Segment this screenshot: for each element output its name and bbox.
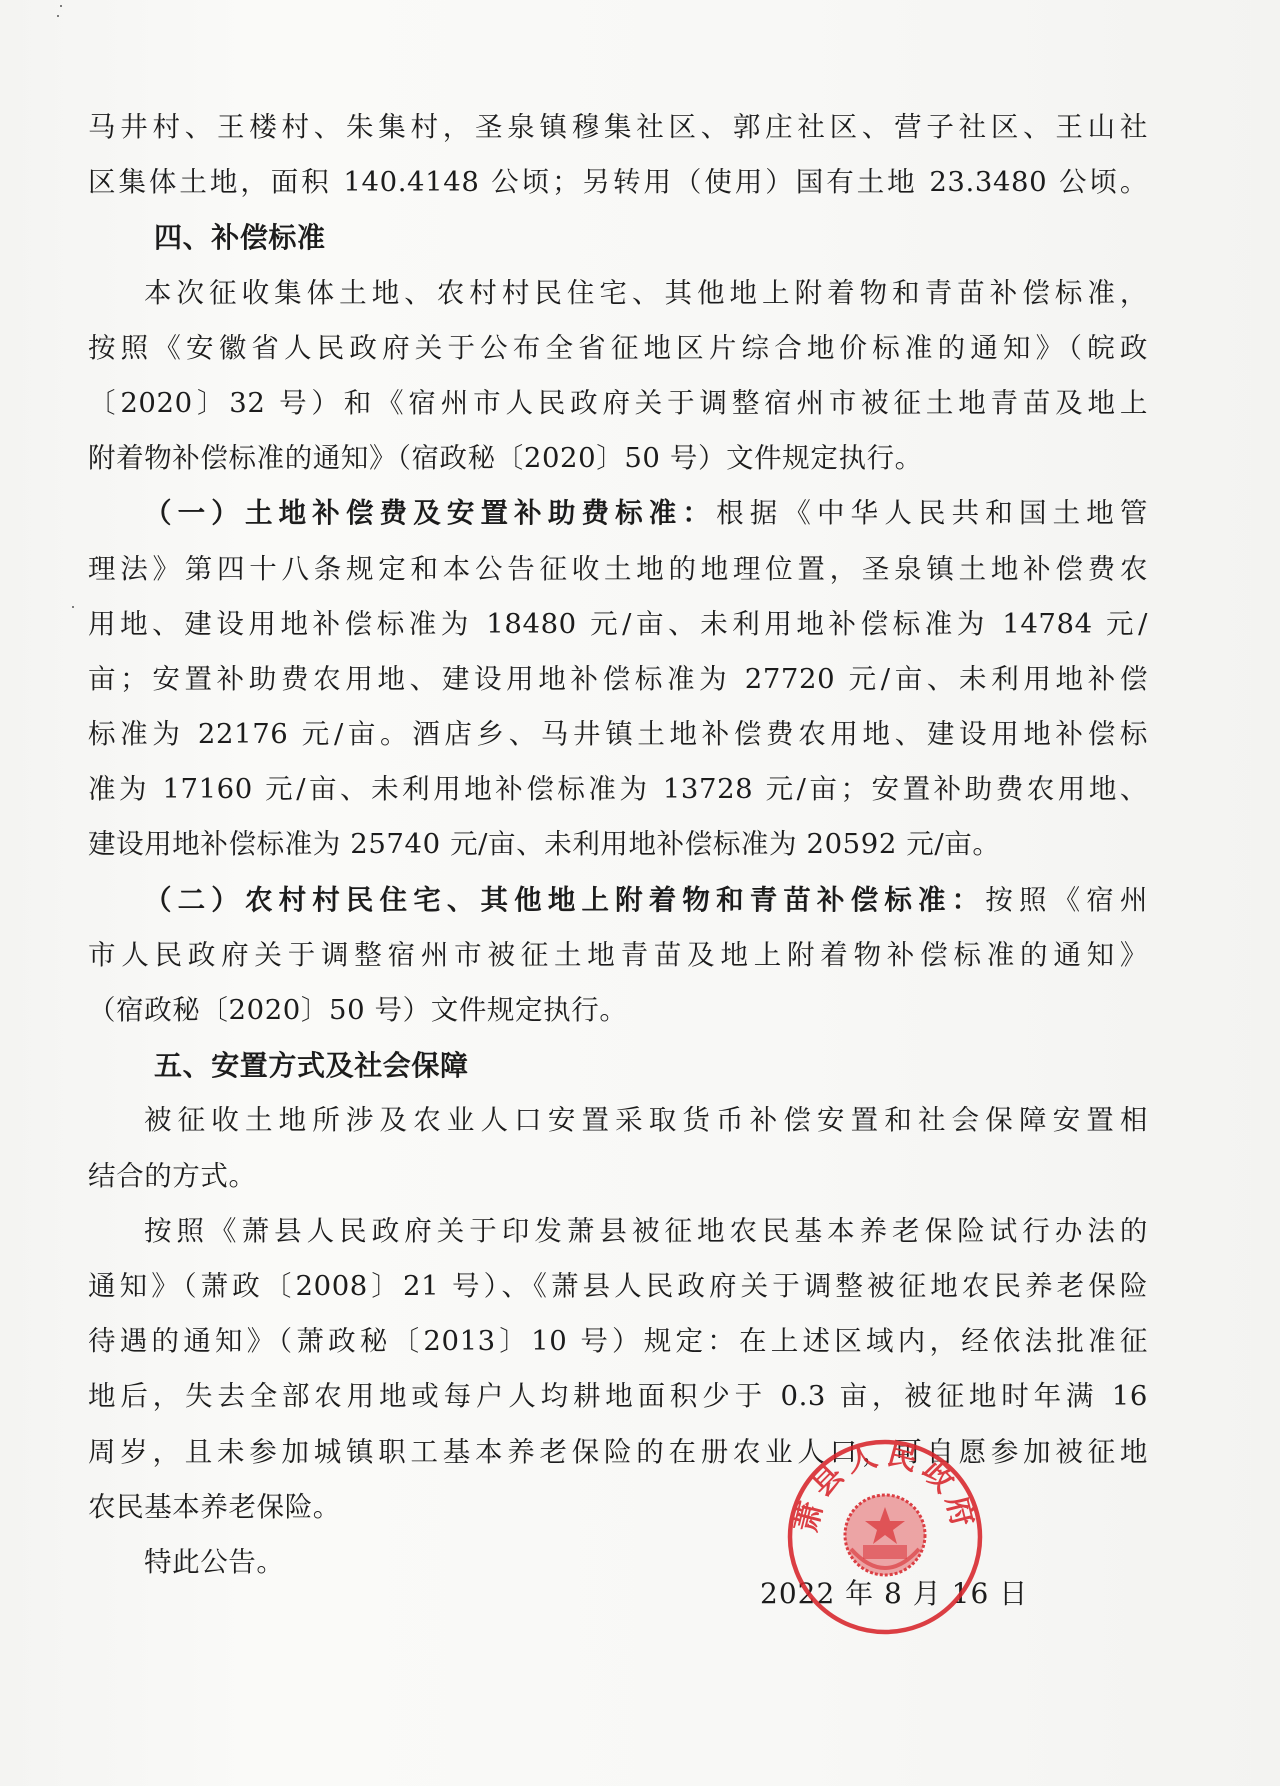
section-heading-resettlement: 五、安置方式及社会保障	[88, 1038, 1148, 1093]
text-line: 亩；安置补助费农用地、建设用地补偿标准为 27720 元/亩、未利用地补偿	[88, 652, 1148, 707]
text-line: 地后，失去全部农用地或每户人均耕地面积少于 0.3 亩，被征地时年满 16	[88, 1369, 1148, 1424]
text-line: （宿政秘〔2020〕50 号）文件规定执行。	[88, 983, 1148, 1038]
text-line: 理法》第四十八条规定和本公告征收土地的地理位置，圣泉镇土地补偿费农	[88, 542, 1148, 597]
scan-speck	[72, 606, 74, 608]
sub-section-title: （一）土地补偿费及安置补助费标准：	[144, 497, 716, 529]
text-line: 通知》（萧政〔2008〕21 号）、《萧县人民政府关于调整被征地农民养老保险	[88, 1259, 1148, 1314]
official-seal-icon: 萧县人民政府	[785, 1437, 985, 1637]
sub-section-land-compensation: （一）土地补偿费及安置补助费标准：根据《中华人民共和国土地管	[88, 486, 1148, 541]
text-line: 市人民政府关于调整宿州市被征土地青苗及地上附着物补偿标准的通知》	[88, 928, 1148, 983]
document-page: 马井村、王楼村、朱集村，圣泉镇穆集社区、郭庄社区、营子社区、王山社 区集体土地，…	[0, 0, 1280, 1786]
text-line: 马井村、王楼村、朱集村，圣泉镇穆集社区、郭庄社区、营子社区、王山社	[88, 100, 1148, 155]
text-line: 附着物补偿标准的通知》（宿政秘〔2020〕50 号）文件规定执行。	[88, 431, 1148, 486]
section-heading-compensation-standards: 四、补偿标准	[88, 210, 1148, 265]
text-line: 用地、建设用地补偿标准为 18480 元/亩、未利用地补偿标准为 14784 元…	[88, 597, 1148, 652]
text-line: 标准为 22176 元/亩。酒店乡、马井镇土地补偿费农用地、建设用地补偿标	[88, 707, 1148, 762]
text-line: 结合的方式。	[88, 1149, 1148, 1204]
sub-section-text: 按照《宿州	[985, 884, 1148, 916]
sub-section-title: （二）农村村民住宅、其他地上附着物和青苗补偿标准：	[144, 884, 985, 916]
text-line: 按照《萧县人民政府关于印发萧县被征地农民基本养老保险试行办法的	[88, 1204, 1148, 1259]
text-line: 区集体土地，面积 140.4148 公顷；另转用（使用）国有土地 23.3480…	[88, 155, 1148, 210]
text-line: 本次征收集体土地、农村村民住宅、其他地上附着物和青苗补偿标准，	[88, 266, 1148, 321]
text-line: 被征收土地所涉及农业人口安置采取货币补偿安置和社会保障安置相	[88, 1093, 1148, 1148]
text-line: 建设用地补偿标准为 25740 元/亩、未利用地补偿标准为 20592 元/亩。	[88, 817, 1148, 872]
text-line: 农民基本养老保险。	[88, 1480, 1148, 1535]
text-line: 准为 17160 元/亩、未利用地补偿标准为 13728 元/亩；安置补助费农用…	[88, 762, 1148, 817]
document-body: 马井村、王楼村、朱集村，圣泉镇穆集社区、郭庄社区、营子社区、王山社 区集体土地，…	[88, 100, 1148, 1590]
scan-speck	[60, 5, 62, 7]
sub-section-housing-compensation: （二）农村村民住宅、其他地上附着物和青苗补偿标准：按照《宿州	[88, 873, 1148, 928]
text-line: 周岁，且未参加城镇职工基本养老保险的在册农业人口，可自愿参加被征地	[88, 1425, 1148, 1480]
text-line: 〔2020〕32 号）和《宿州市人民政府关于调整宿州市被征土地青苗及地上	[88, 376, 1148, 431]
text-line: 待遇的通知》（萧政秘〔2013〕10 号）规定：在上述区域内，经依法批准征	[88, 1314, 1148, 1369]
text-line: 按照《安徽省人民政府关于公布全省征地区片综合地价标准的通知》（皖政	[88, 321, 1148, 376]
sub-section-text: 根据《中华人民共和国土地管	[716, 497, 1148, 529]
scan-speck	[57, 15, 59, 17]
